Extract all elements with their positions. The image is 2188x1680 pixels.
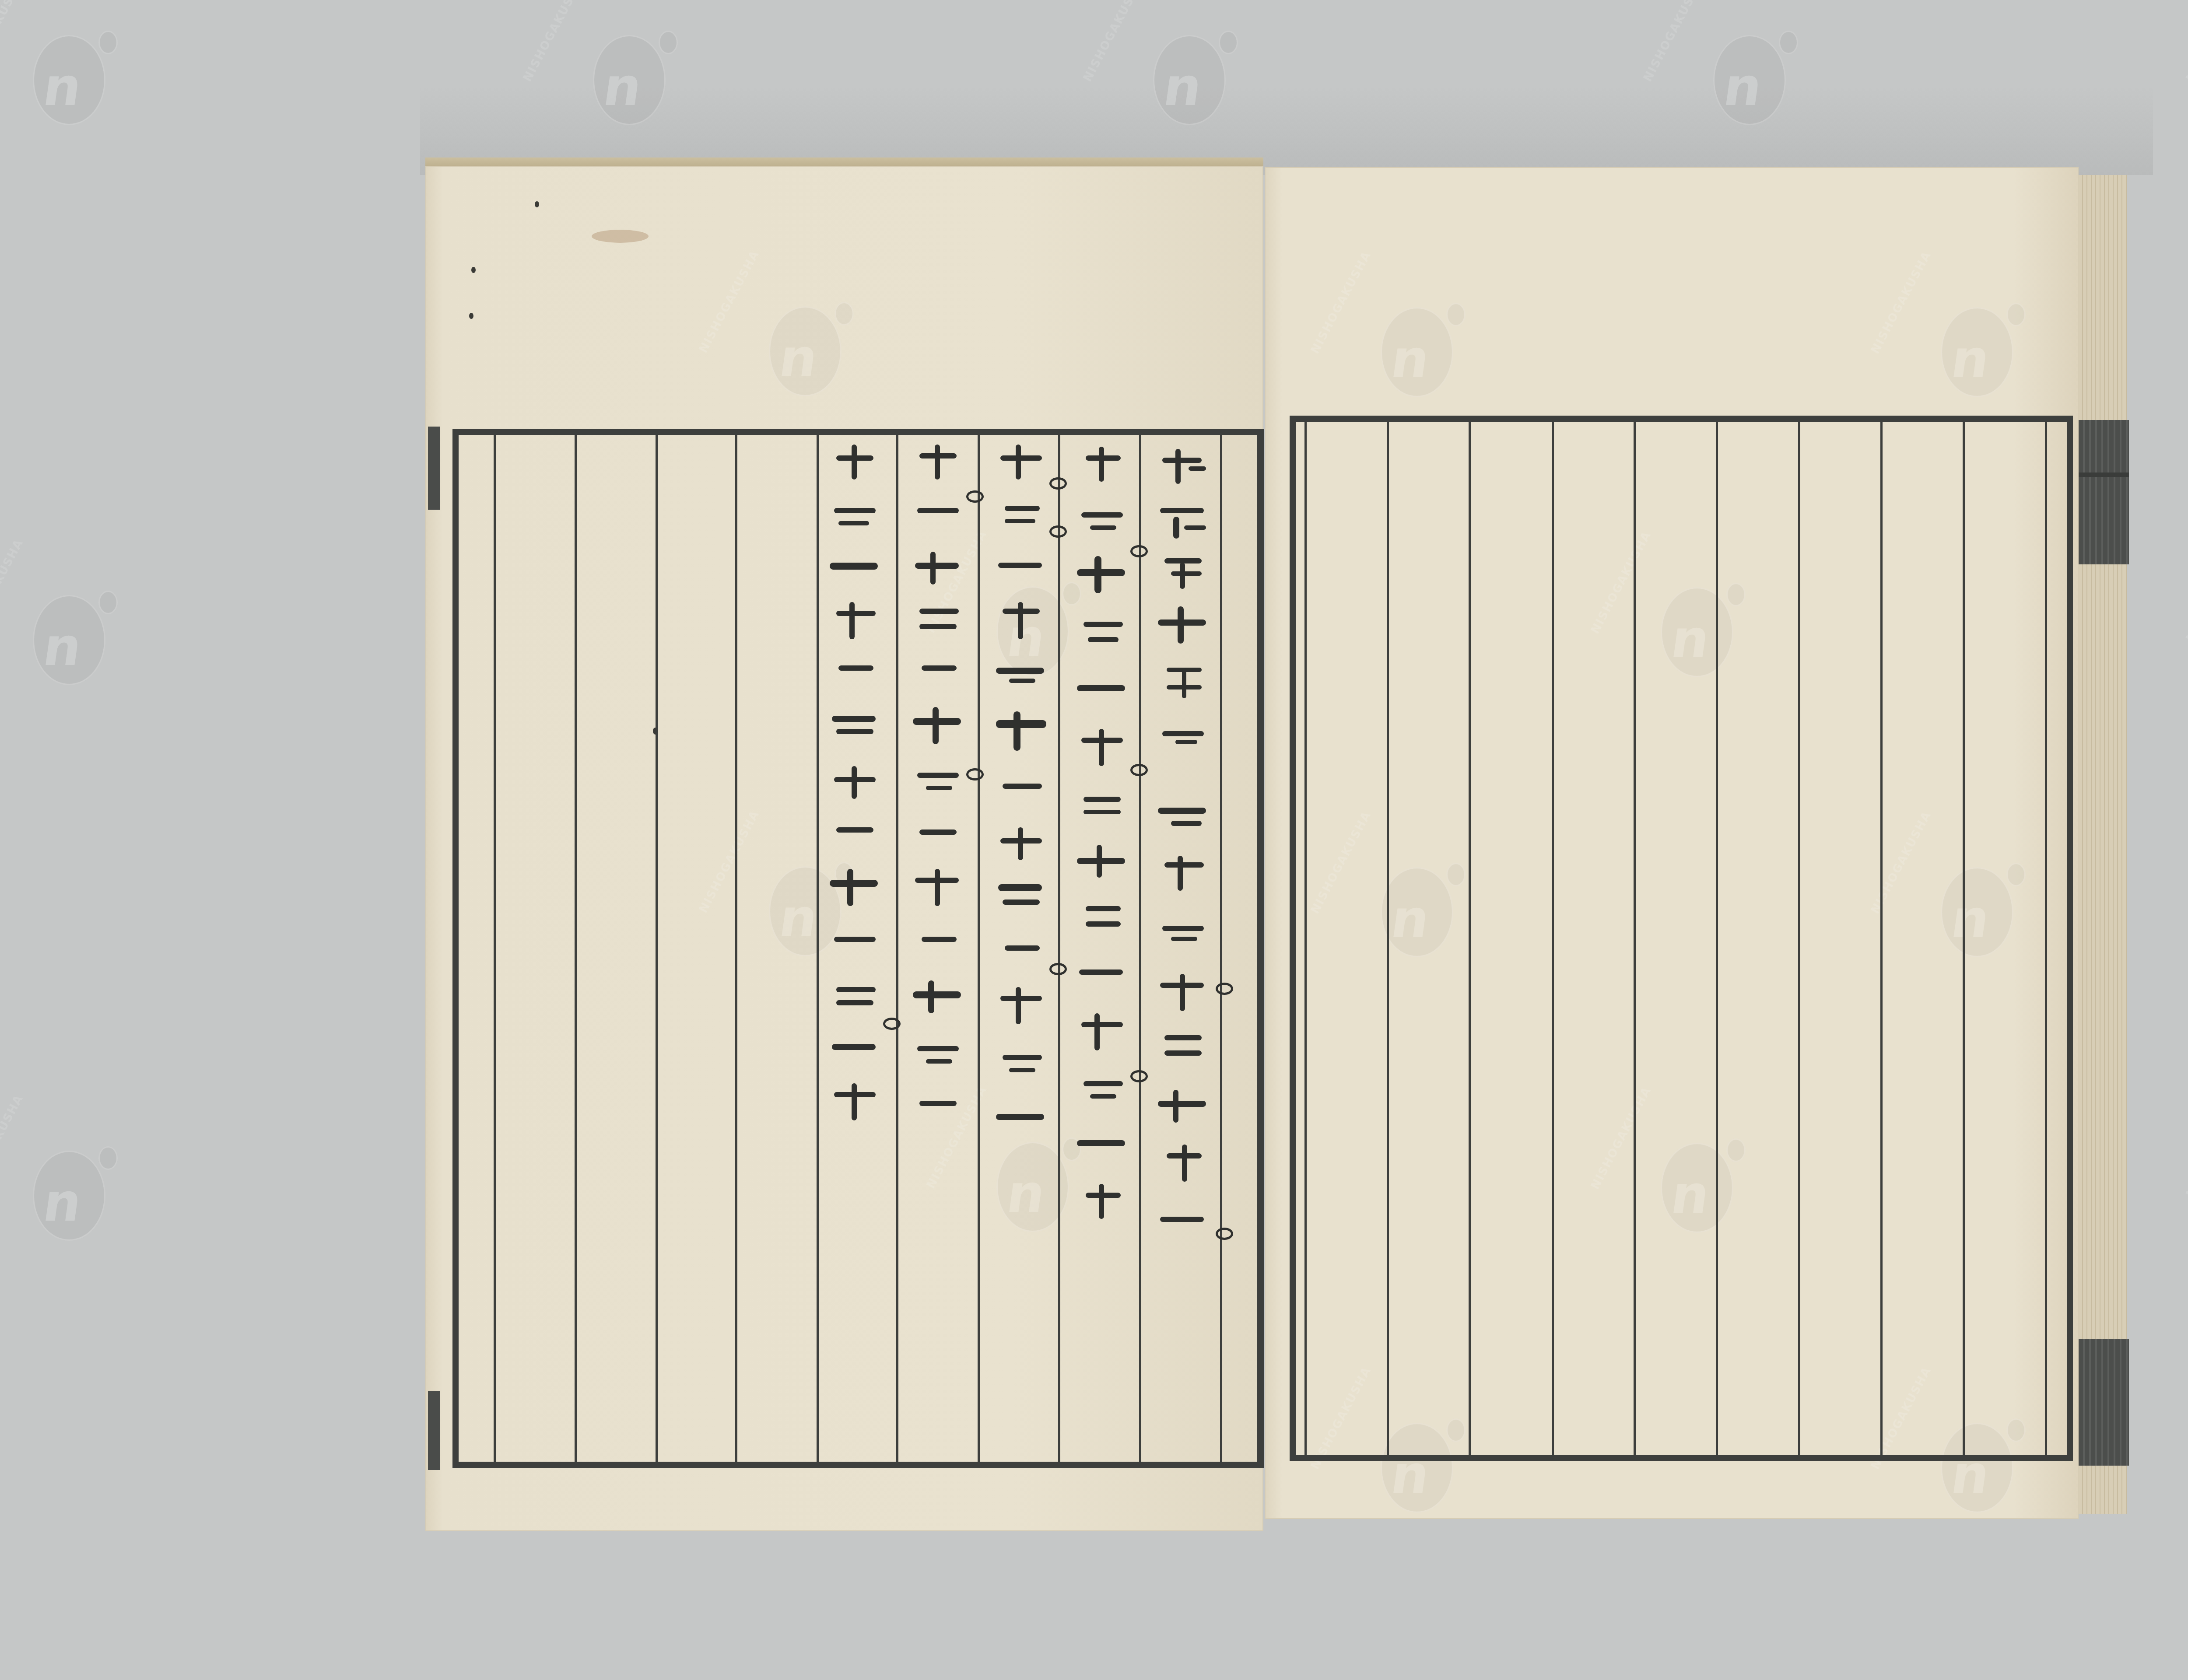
watermark-logo-icon: nNISHOGAKUSHA — [13, 17, 123, 127]
watermark-logo-icon: nNISHOGAKUSHA — [1921, 290, 2030, 399]
ruled-frame-right — [1290, 416, 2073, 1461]
page-edge-ink — [2079, 1339, 2129, 1466]
column-rule — [1139, 435, 1141, 1462]
paper-stain — [592, 230, 649, 243]
column-rule — [978, 435, 980, 1462]
column-rule — [1387, 422, 1389, 1455]
binding-hole — [471, 267, 476, 273]
column-rule — [656, 435, 658, 1462]
page-edge-ink — [2079, 420, 2129, 564]
ruled-frame: 〔草書・判読困難〕夏… 〔草書・判読困難〕… — [452, 429, 1264, 1468]
handwritten-column-5: 〔草書・判読困難〕…歳晩… — [817, 440, 892, 1459]
binding-hole — [469, 313, 473, 319]
watermark-logo-icon: nNISHOGAKUSHA — [13, 577, 123, 687]
left-page: nNISHOGAKUSHA nNISHOGAKUSHA nNISHOGAKUSH… — [425, 166, 1263, 1531]
binding-hole — [535, 201, 539, 207]
page-edges — [2079, 175, 2127, 1514]
handwritten-column-2: 〔草書・判読困難〕… — [1065, 440, 1139, 1459]
column-rule — [1880, 422, 1883, 1455]
column-rule — [1634, 422, 1636, 1455]
column-rule — [1963, 422, 1965, 1455]
handwritten-column-4: 〔草書・判読困難〕…中休… — [901, 440, 975, 1459]
column-rule — [494, 435, 496, 1462]
watermark-logo-icon: nNISHOGAKUSHA — [573, 17, 683, 127]
watermark-logo-icon: nNISHOGAKUSHA — [1694, 17, 1803, 127]
column-rule — [1798, 422, 1800, 1455]
margin-ink — [428, 427, 440, 510]
column-rule — [575, 435, 577, 1462]
column-rule — [896, 435, 898, 1462]
column-rule — [1304, 422, 1307, 1455]
watermark-logo-icon: nNISHOGAKUSHA — [1133, 17, 1243, 127]
watermark-logo-icon: nNISHOGAKUSHA — [749, 289, 859, 398]
column-rule — [1058, 435, 1060, 1462]
handwritten-column-1: 〔草書・判読困難〕夏… — [1146, 440, 1220, 1459]
open-book: nNISHOGAKUSHA nNISHOGAKUSHA nNISHOGAKUSH… — [420, 157, 2144, 1544]
column-rule — [1552, 422, 1554, 1455]
column-rule — [1716, 422, 1718, 1455]
watermark-logo-icon: nNISHOGAKUSHA — [1361, 290, 1470, 399]
page-edge-ink — [2079, 472, 2129, 477]
watermark-logo-icon: nNISHOGAKUSHA — [13, 1133, 123, 1242]
column-rule — [1469, 422, 1471, 1455]
column-rule — [1220, 435, 1222, 1462]
column-rule — [2045, 422, 2047, 1455]
handwritten-column-3: 〔草書・判読困難〕…入市… — [984, 440, 1058, 1459]
margin-ink — [428, 1391, 440, 1470]
column-rule — [735, 435, 737, 1462]
